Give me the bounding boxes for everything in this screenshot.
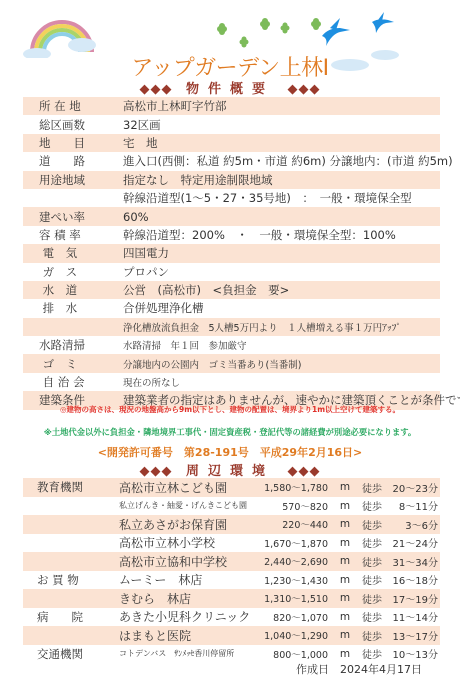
row-label: 地 目 xyxy=(23,135,123,151)
table-row: 高松市立林小学校1,670〜1,870m徒歩21〜24分 xyxy=(23,534,440,553)
row-label: ガ ス xyxy=(23,264,123,280)
facility-name: きむら 林店 xyxy=(119,590,253,607)
row-label: 道 路 xyxy=(23,153,123,169)
distance: 1,310〜1,510 xyxy=(253,591,328,605)
unit: m xyxy=(328,648,362,660)
diamond-icons: ◆◆◆ xyxy=(139,464,172,479)
unit: m xyxy=(328,629,362,641)
table-row: 高松市立協和中学校2,440〜2,690m徒歩31〜34分 xyxy=(23,552,440,571)
walk-time: 20〜23分 xyxy=(390,480,438,495)
walk-label: 徒歩 xyxy=(362,609,390,624)
walk-time: 10〜13分 xyxy=(390,646,438,661)
distance: 820〜1,070 xyxy=(253,610,328,624)
unit: m xyxy=(328,537,362,549)
created-date: 作成日 2024年4月17日 xyxy=(296,661,422,677)
walk-time: 13〜17分 xyxy=(390,628,438,643)
walk-time: 11〜14分 xyxy=(390,609,438,624)
distance: 1,670〜1,870 xyxy=(253,536,328,550)
distance: 1,040〜1,290 xyxy=(253,628,328,642)
height-restriction-note: ◎建物の高さは、現況の地盤高から9m以下とし、建物の配置は、境界より1m以上空け… xyxy=(0,404,460,415)
row-value: 幹線沿道型(1〜5・27・35号地) ： 一般・環境保全型 xyxy=(123,190,440,206)
row-label: 用途地域 xyxy=(23,172,123,188)
table-row: 水 道公営 (高松市) <負担金 要> xyxy=(23,281,440,299)
walk-label: 徒歩 xyxy=(362,498,390,513)
row-label: 排 水 xyxy=(23,300,123,316)
row-value: 幹線沿道型：200% ・ 一般・環境保全型：100% xyxy=(123,227,440,243)
row-value: 進入口(西側：私道 約5m・市道 約6m) 分譲地内：(市道 約5m) xyxy=(123,153,453,169)
section-title: 周辺環境 xyxy=(186,464,274,479)
table-row: 建ぺい率60% xyxy=(23,207,440,225)
row-value: 分譲地内の公園内 ゴミ当番あり(当番制) xyxy=(123,357,440,371)
distance: 1,580〜1,780 xyxy=(253,480,328,494)
table-row: 教育機関高松市立林こども園1,580〜1,780m徒歩20〜23分 xyxy=(23,478,440,497)
row-label: 水 道 xyxy=(23,282,123,298)
distance: 2,440〜2,690 xyxy=(253,554,328,568)
unit: m xyxy=(328,481,362,493)
facility-name: 私立あさがお保育園 xyxy=(119,516,253,533)
table-row: はまもと医院1,040〜1,290m徒歩13〜17分 xyxy=(23,626,440,645)
table-row: 電 気四国電力 xyxy=(23,244,440,262)
row-label: 水路清掃 xyxy=(23,337,123,353)
bird-icons xyxy=(310,8,400,50)
unit: m xyxy=(328,592,362,604)
unit: m xyxy=(328,611,362,623)
walk-time: 17〜19分 xyxy=(390,591,438,606)
row-value: 宅 地 xyxy=(123,135,440,151)
section-title: 物件概要 xyxy=(186,82,274,97)
distance: 220〜440 xyxy=(253,517,328,531)
table-row: きむら 林店1,310〜1,510m徒歩17〜19分 xyxy=(23,589,440,608)
table-row: お 買 物ムーミー 林店1,230〜1,430m徒歩16〜18分 xyxy=(23,571,440,590)
table-row: 用途地域指定なし 特定用途制限地域 xyxy=(23,171,440,189)
unit: m xyxy=(328,518,362,530)
table-row: 総区画数32区画 xyxy=(23,115,440,133)
development-permit: <開発許可番号 第28-191号 平成29年2月16日> xyxy=(0,444,460,460)
row-label: 容 積 率 xyxy=(23,227,123,243)
table-row: 私立あさがお保育園220〜440m徒歩3〜6分 xyxy=(23,515,440,534)
table-row: 私立げんき・紬愛・げんきこども園570〜820m徒歩8〜11分 xyxy=(23,497,440,516)
walk-label: 徒歩 xyxy=(362,480,390,495)
row-value: 浄化槽放流負担金 5人槽5万円より １人槽増える事１万円ｱｯﾌﾟ xyxy=(123,320,440,334)
category: 交通機関 xyxy=(23,646,119,662)
walk-time: 3〜6分 xyxy=(390,517,438,532)
section-heading-environment: ◆◆◆ 周辺環境 ◆◆◆ xyxy=(0,460,460,479)
walk-time: 16〜18分 xyxy=(390,572,438,587)
category: お 買 物 xyxy=(23,572,119,588)
row-value: 合併処理浄化槽 xyxy=(123,300,440,316)
facility-name: 高松市立協和中学校 xyxy=(119,553,253,570)
distance: 570〜820 xyxy=(253,499,328,513)
property-table: 所 在 地高松市上林町字竹部 総区画数32区画 地 目宅 地 道 路進入口(西側… xyxy=(23,97,440,410)
row-value: 公営 (高松市) <負担金 要> xyxy=(123,282,440,298)
facility-name: 高松市立林小学校 xyxy=(119,534,253,551)
table-row: 所 在 地高松市上林町字竹部 xyxy=(23,97,440,115)
unit: m xyxy=(328,555,362,567)
row-value: プロパン xyxy=(123,264,440,280)
table-row: 地 目宅 地 xyxy=(23,134,440,152)
walk-time: 21〜24分 xyxy=(390,535,438,550)
table-row: 自 治 会現在の所なし xyxy=(23,373,440,391)
table-row: 容 積 率幹線沿道型：200% ・ 一般・環境保全型：100% xyxy=(23,226,440,244)
row-label: 建ぺい率 xyxy=(23,209,123,225)
walk-label: 徒歩 xyxy=(362,628,390,643)
row-value: 水路清掃 年１回 参加厳守 xyxy=(123,338,440,352)
table-row: 病 院あきた小児科クリニック820〜1,070m徒歩11〜14分 xyxy=(23,608,440,627)
walk-time: 31〜34分 xyxy=(390,554,438,569)
category: 病 院 xyxy=(23,609,119,625)
row-label: 電 気 xyxy=(23,245,123,261)
unit: m xyxy=(328,500,362,512)
distance: 800〜1,000 xyxy=(253,647,328,661)
facility-name: 高松市立林こども園 xyxy=(119,479,253,496)
walk-label: 徒歩 xyxy=(362,535,390,550)
row-value: 高松市上林町字竹部 xyxy=(123,98,440,114)
diamond-icons: ◆◆◆ xyxy=(288,464,321,479)
row-label: 所 在 地 xyxy=(23,98,123,114)
diamond-icons: ◆◆◆ xyxy=(288,82,321,97)
walk-label: 徒歩 xyxy=(362,554,390,569)
walk-label: 徒歩 xyxy=(362,591,390,606)
table-row: 排 水合併処理浄化槽 xyxy=(23,299,440,317)
walk-time: 8〜11分 xyxy=(390,498,438,513)
row-value: 60% xyxy=(123,210,440,224)
row-label: ゴ ミ xyxy=(23,356,123,372)
environment-table: 教育機関高松市立林こども園1,580〜1,780m徒歩20〜23分 私立げんき・… xyxy=(23,478,440,663)
facility-name: はまもと医院 xyxy=(119,627,253,644)
row-label: 総区画数 xyxy=(23,117,123,133)
row-value: 32区画 xyxy=(123,117,440,133)
unit: m xyxy=(328,574,362,586)
table-row: ガ スプロパン xyxy=(23,263,440,281)
row-label: 自 治 会 xyxy=(23,374,123,390)
table-row: 道 路進入口(西側：私道 約5m・市道 約6m) 分譲地内：(市道 約5m) xyxy=(23,152,440,170)
table-row: 幹線沿道型(1〜5・27・35号地) ： 一般・環境保全型 xyxy=(23,189,440,207)
walk-label: 徒歩 xyxy=(362,517,390,532)
row-value: 指定なし 特定用途制限地域 xyxy=(123,172,440,188)
row-value: 現在の所なし xyxy=(123,375,440,389)
facility-name: 私立げんき・紬愛・げんきこども園 xyxy=(119,500,253,511)
facility-name: コトデンバス ｻﾝﾒｯｾ香川停留所 xyxy=(119,648,253,659)
distance: 1,230〜1,430 xyxy=(253,573,328,587)
facility-name: ムーミー 林店 xyxy=(119,571,253,588)
walk-label: 徒歩 xyxy=(362,572,390,587)
table-row: ゴ ミ分譲地内の公園内 ゴミ当番あり(当番制) xyxy=(23,354,440,372)
extra-costs-note: ※土地代金以外に負担金・隣地境界工事代・固定資産税・登記代等の諸経費が別途必要に… xyxy=(0,426,460,438)
table-row: 水路清掃水路清掃 年１回 参加厳守 xyxy=(23,336,440,354)
section-heading-overview: ◆◆◆ 物件概要 ◆◆◆ xyxy=(0,78,460,97)
facility-name: あきた小児科クリニック xyxy=(119,608,253,625)
walk-label: 徒歩 xyxy=(362,646,390,661)
table-row: 浄化槽放流負担金 5人槽5万円より １人槽増える事１万円ｱｯﾌﾟ xyxy=(23,318,440,336)
diamond-icons: ◆◆◆ xyxy=(139,82,172,97)
row-value: 四国電力 xyxy=(123,245,440,261)
category: 教育機関 xyxy=(23,479,119,495)
